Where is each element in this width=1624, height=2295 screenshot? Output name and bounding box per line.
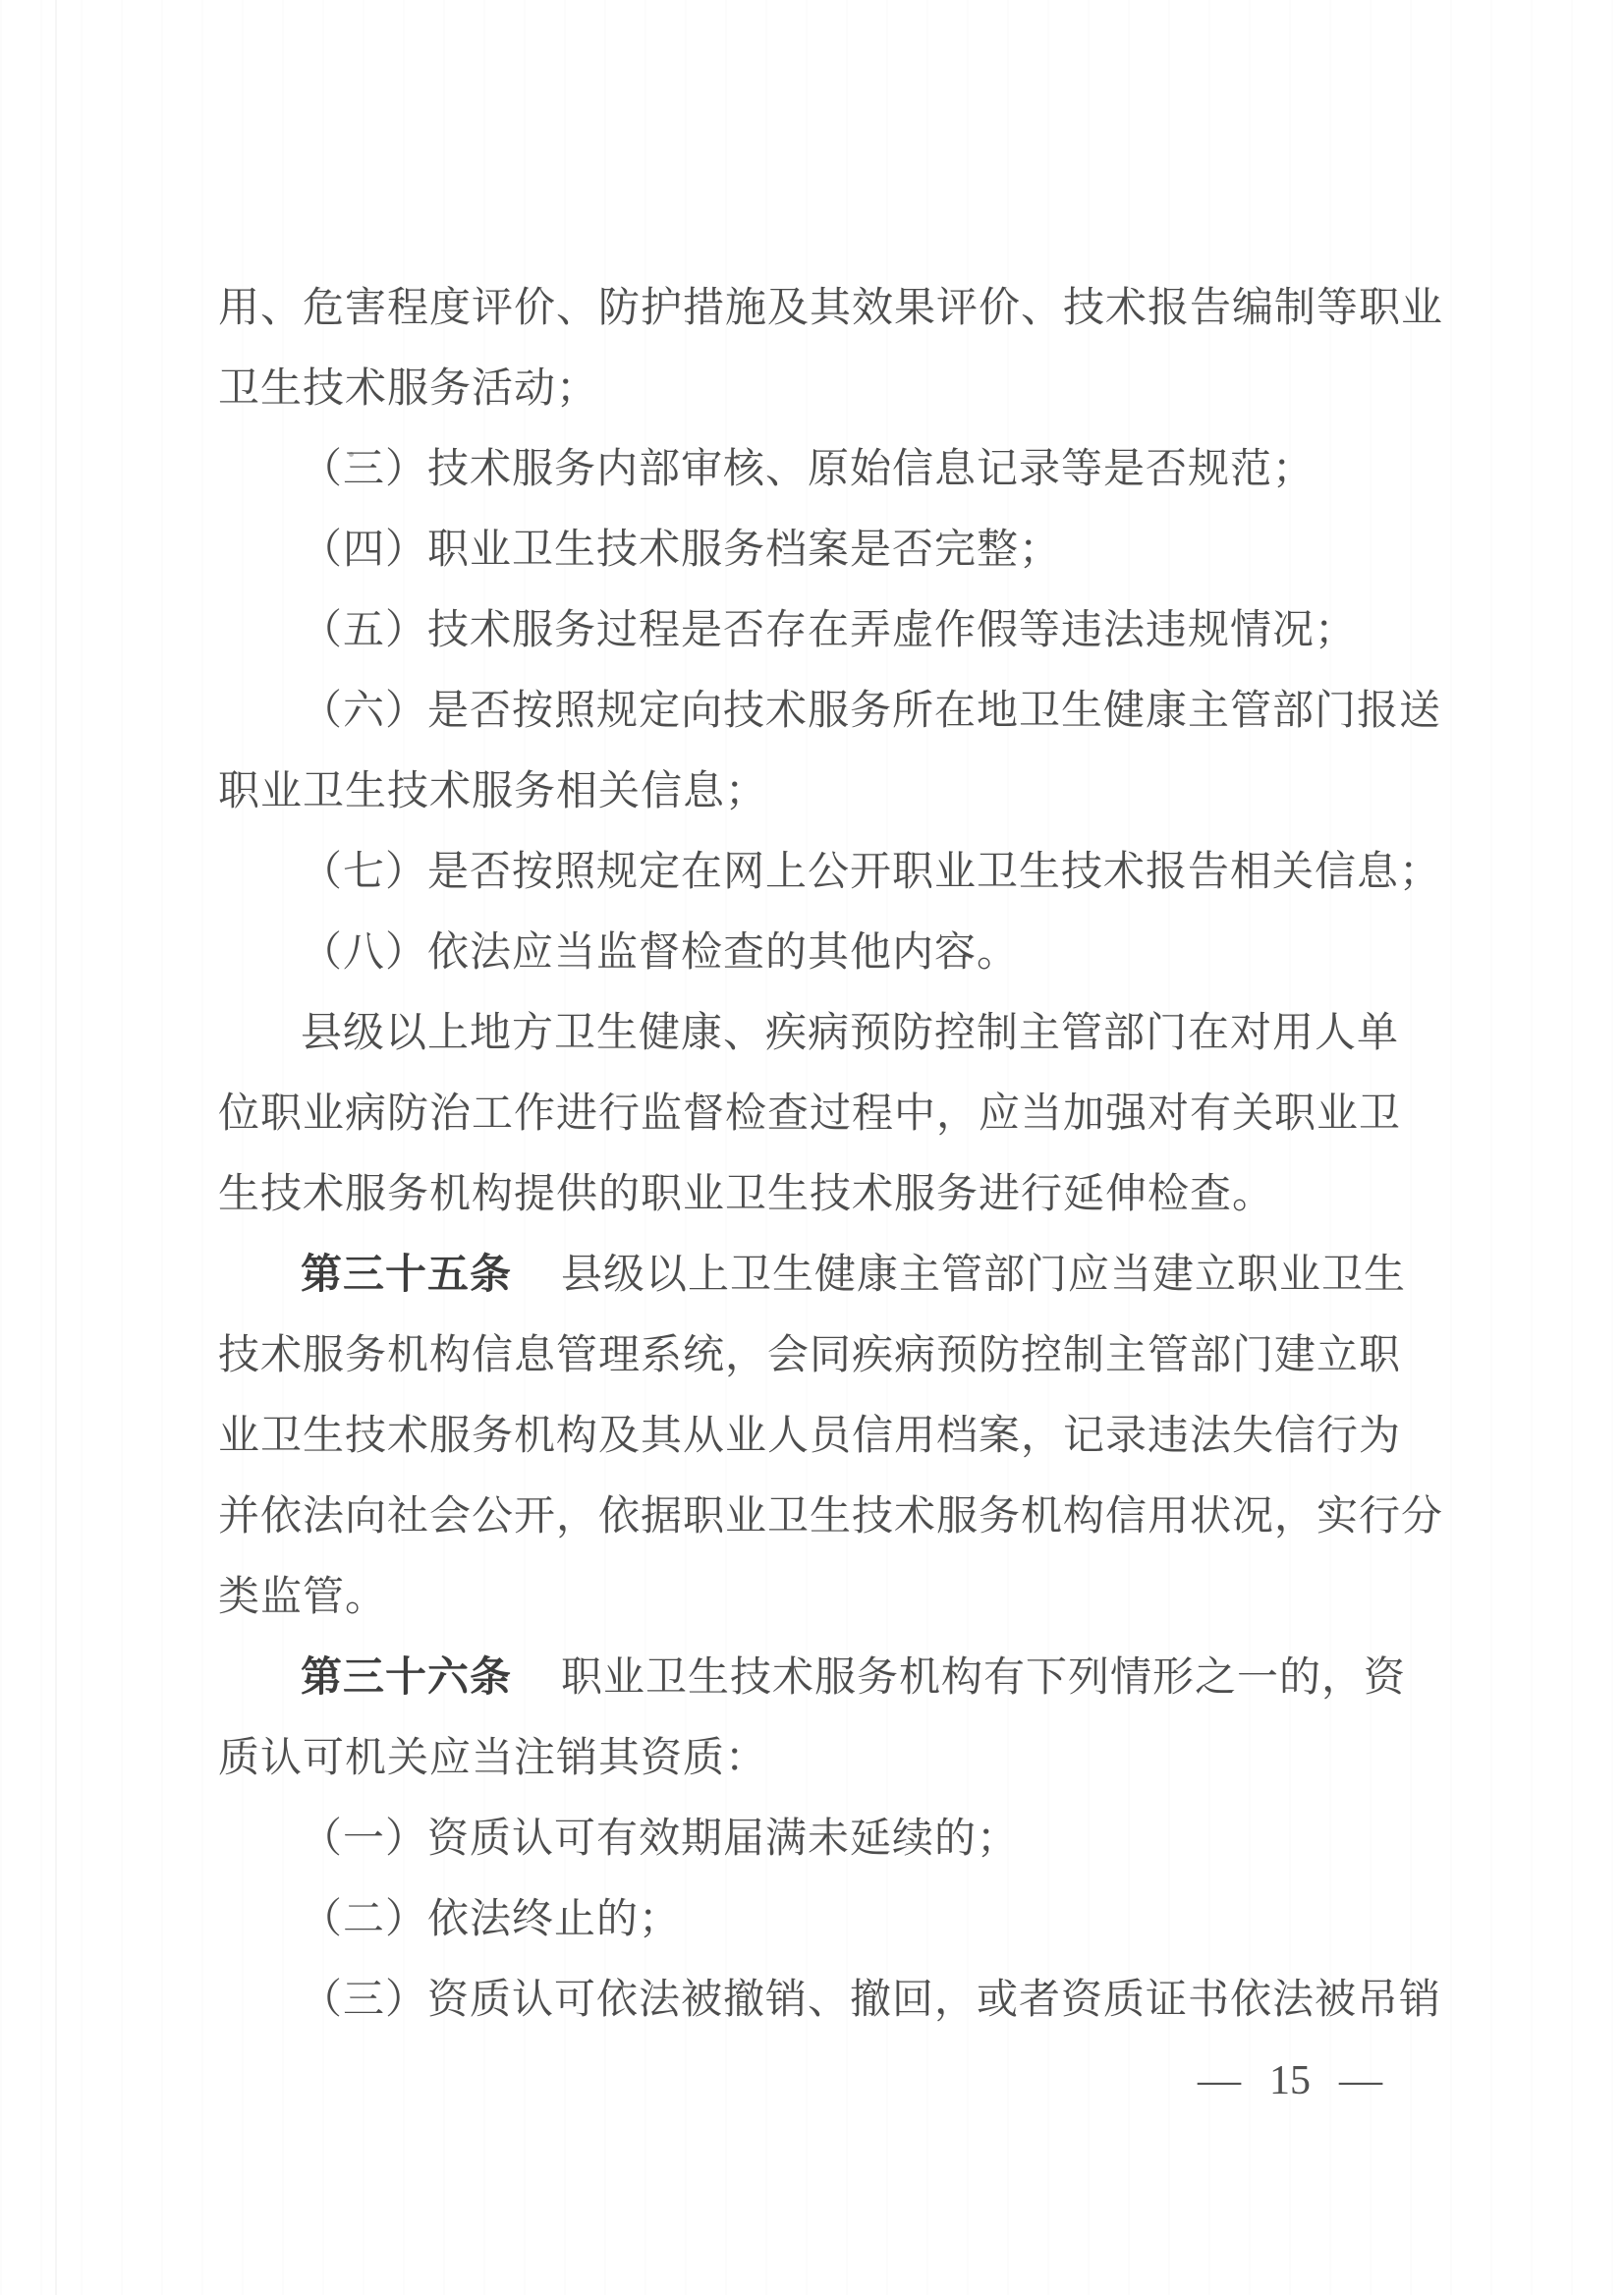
- text-line: 质认可机关应当注销其资质：: [218, 1718, 1428, 1799]
- text-line: 类监管。: [218, 1557, 1428, 1638]
- text-line: （六）是否按照规定向技术服务所在地卫生健康主管部门报送: [218, 671, 1428, 752]
- article-number: 第三十六条: [301, 1655, 512, 1701]
- text-line: 第三十五条县级以上卫生健康主管部门应当建立职业卫生: [218, 1235, 1428, 1315]
- footer-dash-left: —: [1198, 2057, 1241, 2104]
- text-line: （一）资质认可有效期届满未延续的；: [218, 1799, 1428, 1879]
- text-line: 位职业病防治工作进行监督检查过程中，应当加强对有关职业卫: [218, 1074, 1428, 1154]
- text-line: （七）是否按照规定在网上公开职业卫生技术报告相关信息；: [218, 832, 1428, 913]
- text-line: （八）依法应当监督检查的其他内容。: [218, 913, 1428, 993]
- article-number: 第三十五条: [301, 1253, 512, 1298]
- text-line: 并依法向社会公开，依据职业卫生技术服务机构信用状况，实行分: [218, 1477, 1428, 1557]
- text-line: 业卫生技术服务机构及其从业人员信用档案，记录违法失信行为: [218, 1396, 1428, 1477]
- document-body: 用、危害程度评价、防护措施及其效果评价、技术报告编制等职业卫生技术服务活动；（三…: [218, 268, 1428, 2041]
- text-line: （三）资质认可依法被撤销、撤回，或者资质证书依法被吊销: [218, 1960, 1428, 2041]
- footer-dash-right: —: [1339, 2057, 1382, 2104]
- text-line: 生技术服务机构提供的职业卫生技术服务进行延伸检查。: [218, 1154, 1428, 1235]
- text-line: 用、危害程度评价、防护措施及其效果评价、技术报告编制等职业: [218, 268, 1428, 349]
- text-line: 卫生技术服务活动；: [218, 349, 1428, 429]
- text-line: （四）职业卫生技术服务档案是否完整；: [218, 510, 1428, 590]
- text-line: （三）技术服务内部审核、原始信息记录等是否规范；: [218, 429, 1428, 510]
- page-number: 15: [1269, 2057, 1311, 2104]
- page-footer: — 15 —: [1199, 2057, 1381, 2104]
- text-line: 第三十六条职业卫生技术服务机构有下列情形之一的，资: [218, 1638, 1428, 1718]
- text-line: 县级以上地方卫生健康、疾病预防控制主管部门在对用人单: [218, 993, 1428, 1074]
- text-line: 职业卫生技术服务相关信息；: [218, 752, 1428, 832]
- text-line: （二）依法终止的；: [218, 1879, 1428, 1960]
- text-line: 技术服务机构信息管理系统，会同疾病预防控制主管部门建立职: [218, 1315, 1428, 1396]
- document-page: 用、危害程度评价、防护措施及其效果评价、技术报告编制等职业卫生技术服务活动；（三…: [0, 0, 1624, 2295]
- text-line: （五）技术服务过程是否存在弄虚作假等违法违规情况；: [218, 590, 1428, 671]
- scan-edge-artifact: [55, 0, 57, 2295]
